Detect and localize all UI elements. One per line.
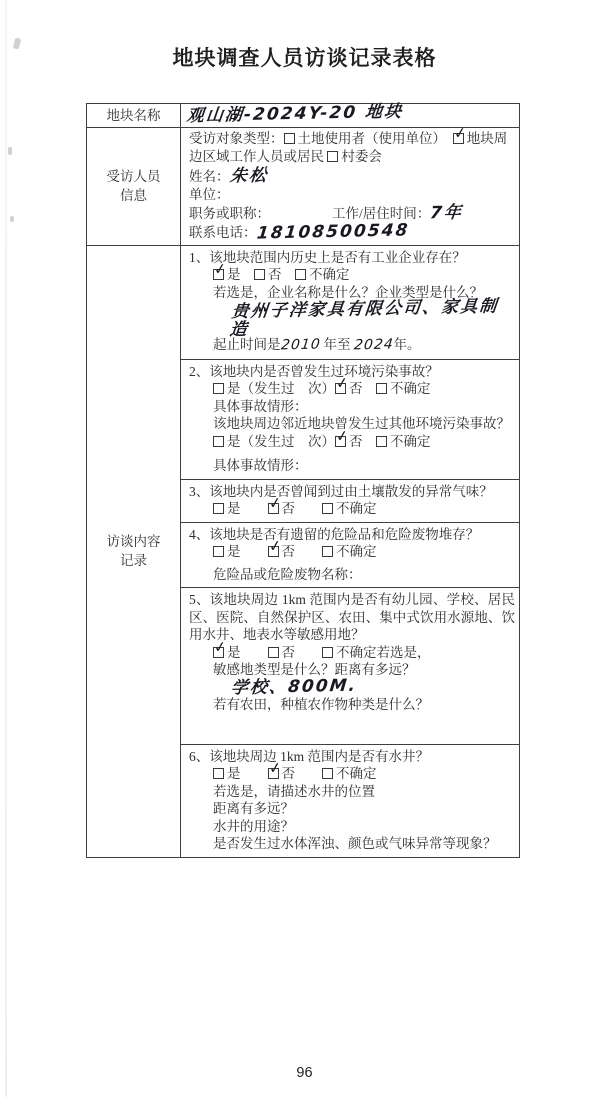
printed-text: 受访对象类型： — [189, 131, 284, 146]
form-line: 是 ✓否 不确定 — [187, 543, 515, 561]
printed-text: 否 — [349, 381, 376, 396]
handwritten-text: 朱松 — [229, 166, 269, 185]
form-line: 2、该地块内是否曾发生过环境污染事故？ — [187, 363, 515, 381]
form-line: 3、该地块内是否曾闻到过由土壤散发的异常气味？ — [187, 483, 515, 501]
checkbox-unchecked-icon — [322, 503, 333, 514]
form-line: 单位： — [187, 186, 515, 204]
checkbox-unchecked-icon — [254, 269, 265, 280]
printed-text: 危险品或危险废物名称： — [213, 567, 362, 582]
checkbox-checked-icon: ✓ — [213, 269, 224, 280]
interviewee-label: 受访人员信息 — [105, 167, 163, 205]
interview-content-label-cell: 访谈内容记录 — [87, 246, 181, 857]
printed-text: 村委会 — [341, 149, 382, 164]
printed-text: 不确定 — [336, 544, 377, 559]
form-line: 4、该地块是否有遗留的危险品和危险废物堆存？ — [187, 526, 515, 544]
printed-text: 具体事故情形： — [213, 458, 308, 473]
printed-text: 是（发生过 次） — [227, 381, 335, 396]
printed-text: 4、该地块是否有遗留的危险品和危险废物堆存？ — [189, 527, 479, 542]
check-mark-icon: ✓ — [453, 125, 468, 142]
form-line: 若选是，请描述水井的位置 — [187, 783, 515, 801]
form-line: 联系电话：18108500548 — [187, 223, 515, 242]
printed-text: 姓名： — [189, 169, 230, 184]
plot-name-label-cell: 地块名称 — [87, 104, 181, 127]
form-line: 若有农田，种植农作物种类是什么？ — [187, 696, 515, 714]
handwritten-text: 2010 — [280, 337, 322, 355]
printed-text: 是 — [227, 501, 268, 516]
interview-content-cell: 1、该地块范围内历史上是否有工业企业存在？✓是 否 不确定若选是，企业名称是什么… — [181, 246, 519, 857]
printed-text: 是否发生过水体浑浊、颜色或气味异常等现象？ — [213, 836, 497, 851]
checkbox-unchecked-icon — [376, 383, 387, 394]
checkbox-checked-icon: ✓ — [213, 647, 224, 658]
checkbox-checked-icon: ✓ — [335, 383, 346, 394]
form-line: 是（发生过 次）✓否 不确定 — [187, 433, 515, 451]
printed-text: 联系电话： — [189, 225, 257, 240]
printed-text: 不确定 — [336, 766, 377, 781]
printed-text: 年至 — [320, 337, 354, 352]
question-block: 5、该地块周边 1km 范围内是否有幼儿园、学校、居民区、医院、自然保护区、农田… — [181, 588, 519, 745]
form-line: 该地块周边邻近地块曾发生过其他环境污染事故？ — [187, 415, 515, 433]
form-line: 具体事故情形： — [187, 398, 515, 416]
checkbox-unchecked-icon — [284, 133, 295, 144]
form-line: 职务或职称：工作/居住时间：7年 — [187, 204, 515, 223]
checkbox-unchecked-icon — [213, 383, 224, 394]
checkbox-unchecked-icon — [213, 546, 224, 557]
form-line: ✓是 否 不确定若选是， — [187, 644, 515, 662]
printed-text: 否 — [282, 544, 323, 559]
handwritten-text: 7年 — [429, 204, 464, 223]
plot-name-value-cell: 观山湖-2024Y-20 地块 — [181, 104, 519, 127]
printed-text: 距离有多远？ — [213, 801, 294, 816]
page-number: 96 — [0, 1065, 609, 1081]
printed-text: 否 — [282, 766, 323, 781]
form-line: 距离有多远？ — [187, 800, 515, 818]
checkbox-checked-icon: ✓ — [268, 546, 279, 557]
printed-text: 若有农田，种植农作物种类是什么？ — [213, 697, 429, 712]
checkbox-checked-icon: ✓ — [453, 133, 464, 144]
printed-text: 2、该地块内是否曾发生过环境污染事故？ — [189, 364, 439, 379]
check-mark-icon: ✓ — [268, 495, 283, 512]
plot-name-handwritten-value: 观山湖-2024Y-20 地块 — [186, 104, 404, 126]
checkbox-unchecked-icon — [213, 436, 224, 447]
form-line: 是（发生过 次）✓否 不确定 — [187, 380, 515, 398]
row-interviewee-info: 受访人员信息 受访对象类型：土地使用者（使用单位） ✓地块周边区域工作人员或居民… — [87, 127, 519, 245]
scan-artifact — [8, 147, 12, 155]
checkbox-unchecked-icon — [322, 546, 333, 557]
checkbox-checked-icon: ✓ — [335, 436, 346, 447]
printed-text: 职务或职称： — [189, 206, 270, 221]
row-plot-name: 地块名称 观山湖-2024Y-20 地块 — [87, 104, 519, 127]
printed-text: 是 — [227, 645, 268, 660]
printed-text: 否 — [268, 267, 295, 282]
printed-text: 年。 — [394, 337, 421, 352]
check-mark-icon: ✓ — [213, 261, 228, 278]
printed-text: 5、该地块周边 1km 范围内是否有幼儿园、学校、居民区、医院、自然保护区、农田… — [189, 592, 515, 642]
checkbox-checked-icon: ✓ — [268, 503, 279, 514]
question-block: 3、该地块内是否曾闻到过由土壤散发的异常气味？是 ✓否 不确定 — [181, 480, 519, 523]
checkbox-checked-icon: ✓ — [268, 768, 279, 779]
row-interview-content: 访谈内容记录 1、该地块范围内历史上是否有工业企业存在？✓是 否 不确定若选是，… — [87, 245, 519, 857]
printed-text: 工作/居住时间： — [332, 206, 430, 221]
printed-text: 6、该地块周边 1km 范围内是否有水井？ — [189, 749, 429, 764]
checkbox-unchecked-icon — [322, 768, 333, 779]
printed-text: 土地使用者（使用单位） — [298, 131, 453, 146]
form-table: 地块名称 观山湖-2024Y-20 地块 受访人员信息 受访对象类型：土地使用者… — [86, 103, 520, 858]
check-mark-icon: ✓ — [335, 428, 350, 445]
handwritten-text: 学校、800M. — [230, 677, 358, 697]
handwritten-text: 18108500548 — [255, 222, 409, 243]
printed-text: 否 — [349, 434, 376, 449]
printed-text: 否 — [282, 501, 323, 516]
printed-text: 1、该地块范围内历史上是否有工业企业存在？ — [189, 250, 466, 265]
checkbox-unchecked-icon — [322, 647, 333, 658]
form-line: 是 ✓否 不确定 — [187, 500, 515, 518]
printed-text: 敏感地类型是什么？距离有多远？ — [213, 662, 416, 677]
scan-artifact — [10, 216, 14, 222]
form-line: 受访对象类型：土地使用者（使用单位） ✓地块周边区域工作人员或居民 村委会 — [187, 130, 515, 167]
handwritten-text: 贵州子洋家具有限公司、家具制造 — [229, 298, 517, 339]
printed-text: 是 — [227, 544, 268, 559]
interviewee-label-cell: 受访人员信息 — [87, 128, 181, 245]
form-line: 危险品或危险废物名称： — [187, 566, 515, 584]
form-line: 水井的用途？ — [187, 818, 515, 836]
printed-text: 否 — [282, 645, 323, 660]
printed-text: 不确定若选是， — [336, 645, 431, 660]
printed-text: 单位： — [189, 187, 230, 202]
printed-text: 3、该地块内是否曾闻到过由土壤散发的异常气味？ — [189, 484, 493, 499]
check-mark-icon: ✓ — [268, 538, 283, 555]
form-line: 姓名：朱松 — [187, 167, 515, 186]
form-line: 是 ✓否 不确定 — [187, 765, 515, 783]
scan-edge-artifact — [5, 0, 7, 1097]
checkbox-unchecked-icon — [213, 768, 224, 779]
checkbox-unchecked-icon — [213, 503, 224, 514]
printed-text: 是 — [227, 267, 254, 282]
printed-text: 起止时间是 — [213, 337, 281, 352]
check-mark-icon: ✓ — [213, 639, 228, 656]
form-line: ✓是 否 不确定 — [187, 266, 515, 284]
page-title: 地块调查人员访谈记录表格 — [0, 42, 609, 72]
printed-text: 不确定 — [390, 434, 431, 449]
checkbox-unchecked-icon — [295, 269, 306, 280]
form-line: 5、该地块周边 1km 范围内是否有幼儿园、学校、居民区、医院、自然保护区、农田… — [187, 591, 515, 644]
form-line: 贵州子洋家具有限公司、家具制造 — [187, 301, 515, 336]
interviewee-info-cell: 受访对象类型：土地使用者（使用单位） ✓地块周边区域工作人员或居民 村委会姓名：… — [181, 128, 519, 245]
plot-name-label: 地块名称 — [107, 106, 161, 125]
form-line: 是否发生过水体浑浊、颜色或气味异常等现象？ — [187, 835, 515, 853]
interview-content-label: 访谈内容记录 — [105, 532, 163, 570]
question-block: 2、该地块内是否曾发生过环境污染事故？是（发生过 次）✓否 不确定具体事故情形：… — [181, 360, 519, 480]
form-line: 具体事故情形： — [187, 457, 515, 475]
check-mark-icon: ✓ — [268, 760, 283, 777]
form-line: 6、该地块周边 1km 范围内是否有水井？ — [187, 748, 515, 766]
checkbox-unchecked-icon — [327, 151, 338, 162]
handwritten-text: 2024 — [353, 337, 395, 355]
printed-text: 该地块周边邻近地块曾发生过其他环境污染事故？ — [213, 416, 510, 431]
printed-text: 具体事故情形： — [213, 399, 308, 414]
printed-text: 不确定 — [390, 381, 431, 396]
question-block: 1、该地块范围内历史上是否有工业企业存在？✓是 否 不确定若选是，企业名称是什么… — [181, 246, 519, 360]
printed-text: 水井的用途？ — [213, 819, 294, 834]
printed-text: 不确定 — [336, 501, 377, 516]
printed-text: 是（发生过 次） — [227, 434, 335, 449]
checkbox-unchecked-icon — [268, 647, 279, 658]
printed-text: 是 — [227, 766, 268, 781]
question-block: 4、该地块是否有遗留的危险品和危险废物堆存？是 ✓否 不确定危险品或危险废物名称… — [181, 523, 519, 589]
question-block: 6、该地块周边 1km 范围内是否有水井？是 ✓否 不确定若选是，请描述水井的位… — [181, 745, 519, 857]
form-line: 1、该地块范围内历史上是否有工业企业存在？ — [187, 249, 515, 267]
form-line: 学校、800M. — [187, 679, 515, 697]
checkbox-unchecked-icon — [376, 436, 387, 447]
check-mark-icon: ✓ — [335, 375, 350, 392]
printed-text: 若选是，请描述水井的位置 — [213, 784, 375, 799]
printed-text: 不确定 — [309, 267, 350, 282]
